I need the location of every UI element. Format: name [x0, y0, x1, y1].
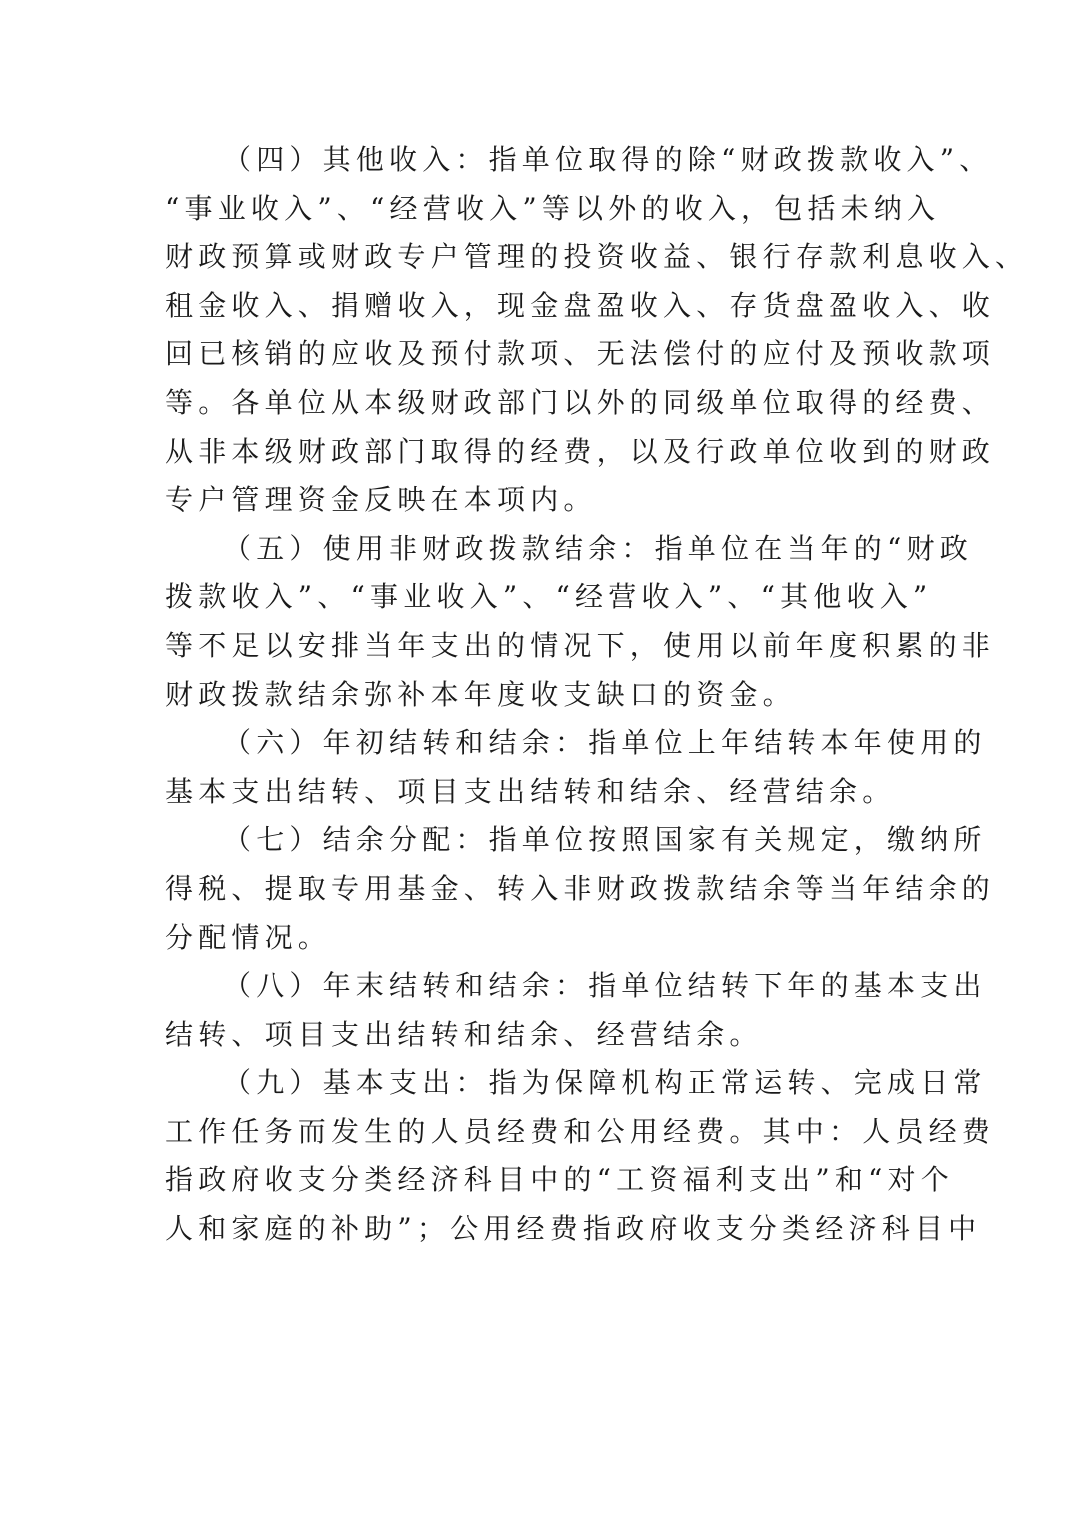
text-line: （九）基本支出：指为保障机构正常运转、完成日常: [165, 1059, 910, 1108]
paragraph-other-income: （四）其他收入：指单位取得的除“财政拨款收入”、 “事业收入”、“经营收入”等以…: [165, 136, 910, 525]
paragraph-closing-carryover: （八）年末结转和结余：指单位结转下年的基本支出 结转、项目支出结转和结余、经营结…: [165, 962, 910, 1059]
paragraph-basic-expenditure: （九）基本支出：指为保障机构正常运转、完成日常 工作任务而发生的人员经费和公用经…: [165, 1059, 910, 1253]
text-line: 指政府收支分类经济科目中的“工资福利支出”和“对个: [165, 1156, 910, 1205]
document-page: （四）其他收入：指单位取得的除“财政拨款收入”、 “事业收入”、“经营收入”等以…: [0, 0, 1074, 1520]
text-line: （五）使用非财政拨款结余：指单位在当年的“财政: [165, 525, 910, 574]
text-line: （四）其他收入：指单位取得的除“财政拨款收入”、: [165, 136, 910, 185]
text-line: 回已核销的应收及预付款项、无法偿付的应付及预收款项: [165, 330, 910, 379]
text-line: 工作任务而发生的人员经费和公用经费。其中：人员经费: [165, 1108, 910, 1157]
text-line: 专户管理资金反映在本项内。: [165, 476, 910, 525]
text-line: 等。各单位从本级财政部门以外的同级单位取得的经费、: [165, 379, 910, 428]
text-line: 从非本级财政部门取得的经费，以及行政单位收到的财政: [165, 428, 910, 477]
paragraph-non-fiscal-balance: （五）使用非财政拨款结余：指单位在当年的“财政 拨款收入”、“事业收入”、“经营…: [165, 525, 910, 719]
text-line: （七）结余分配：指单位按照国家有关规定，缴纳所: [165, 816, 910, 865]
text-line: 拨款收入”、“事业收入”、“经营收入”、“其他收入”: [165, 573, 910, 622]
text-line: 基本支出结转、项目支出结转和结余、经营结余。: [165, 768, 910, 817]
text-line: 等不足以安排当年支出的情况下，使用以前年度积累的非: [165, 622, 910, 671]
text-line: （六）年初结转和结余：指单位上年结转本年使用的: [165, 719, 910, 768]
text-line: 财政拨款结余弥补本年度收支缺口的资金。: [165, 671, 910, 720]
document-body: （四）其他收入：指单位取得的除“财政拨款收入”、 “事业收入”、“经营收入”等以…: [165, 136, 910, 1254]
text-line: 结转、项目支出结转和结余、经营结余。: [165, 1011, 910, 1060]
text-line: 租金收入、捐赠收入，现金盘盈收入、存货盘盈收入、收: [165, 282, 910, 331]
text-line: 人和家庭的补助”；公用经费指政府收支分类经济科目中: [165, 1205, 910, 1254]
paragraph-balance-distribution: （七）结余分配：指单位按照国家有关规定，缴纳所 得税、提取专用基金、转入非财政拨…: [165, 816, 910, 962]
text-line: 分配情况。: [165, 914, 910, 963]
paragraph-opening-carryover: （六）年初结转和结余：指单位上年结转本年使用的 基本支出结转、项目支出结转和结余…: [165, 719, 910, 816]
text-line: 财政预算或财政专户管理的投资收益、银行存款利息收入、: [165, 233, 910, 282]
text-line: “事业收入”、“经营收入”等以外的收入，包括未纳入: [165, 185, 910, 234]
text-line: （八）年末结转和结余：指单位结转下年的基本支出: [165, 962, 910, 1011]
text-line: 得税、提取专用基金、转入非财政拨款结余等当年结余的: [165, 865, 910, 914]
